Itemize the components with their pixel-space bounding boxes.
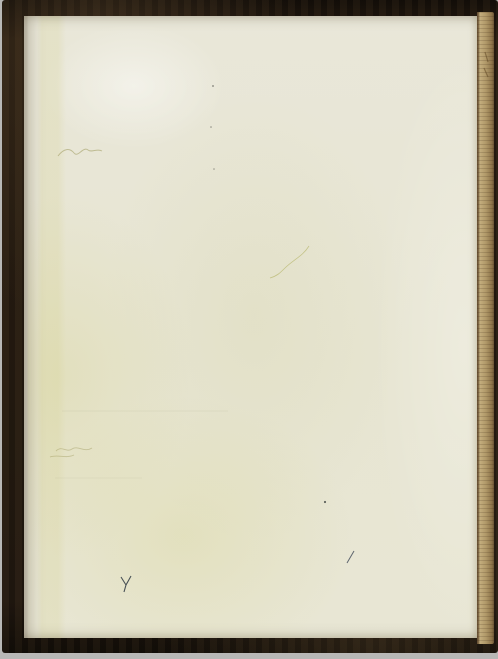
book-scan (0, 0, 498, 659)
blank-page (24, 16, 477, 638)
page-stack-fore-edge (477, 12, 494, 644)
